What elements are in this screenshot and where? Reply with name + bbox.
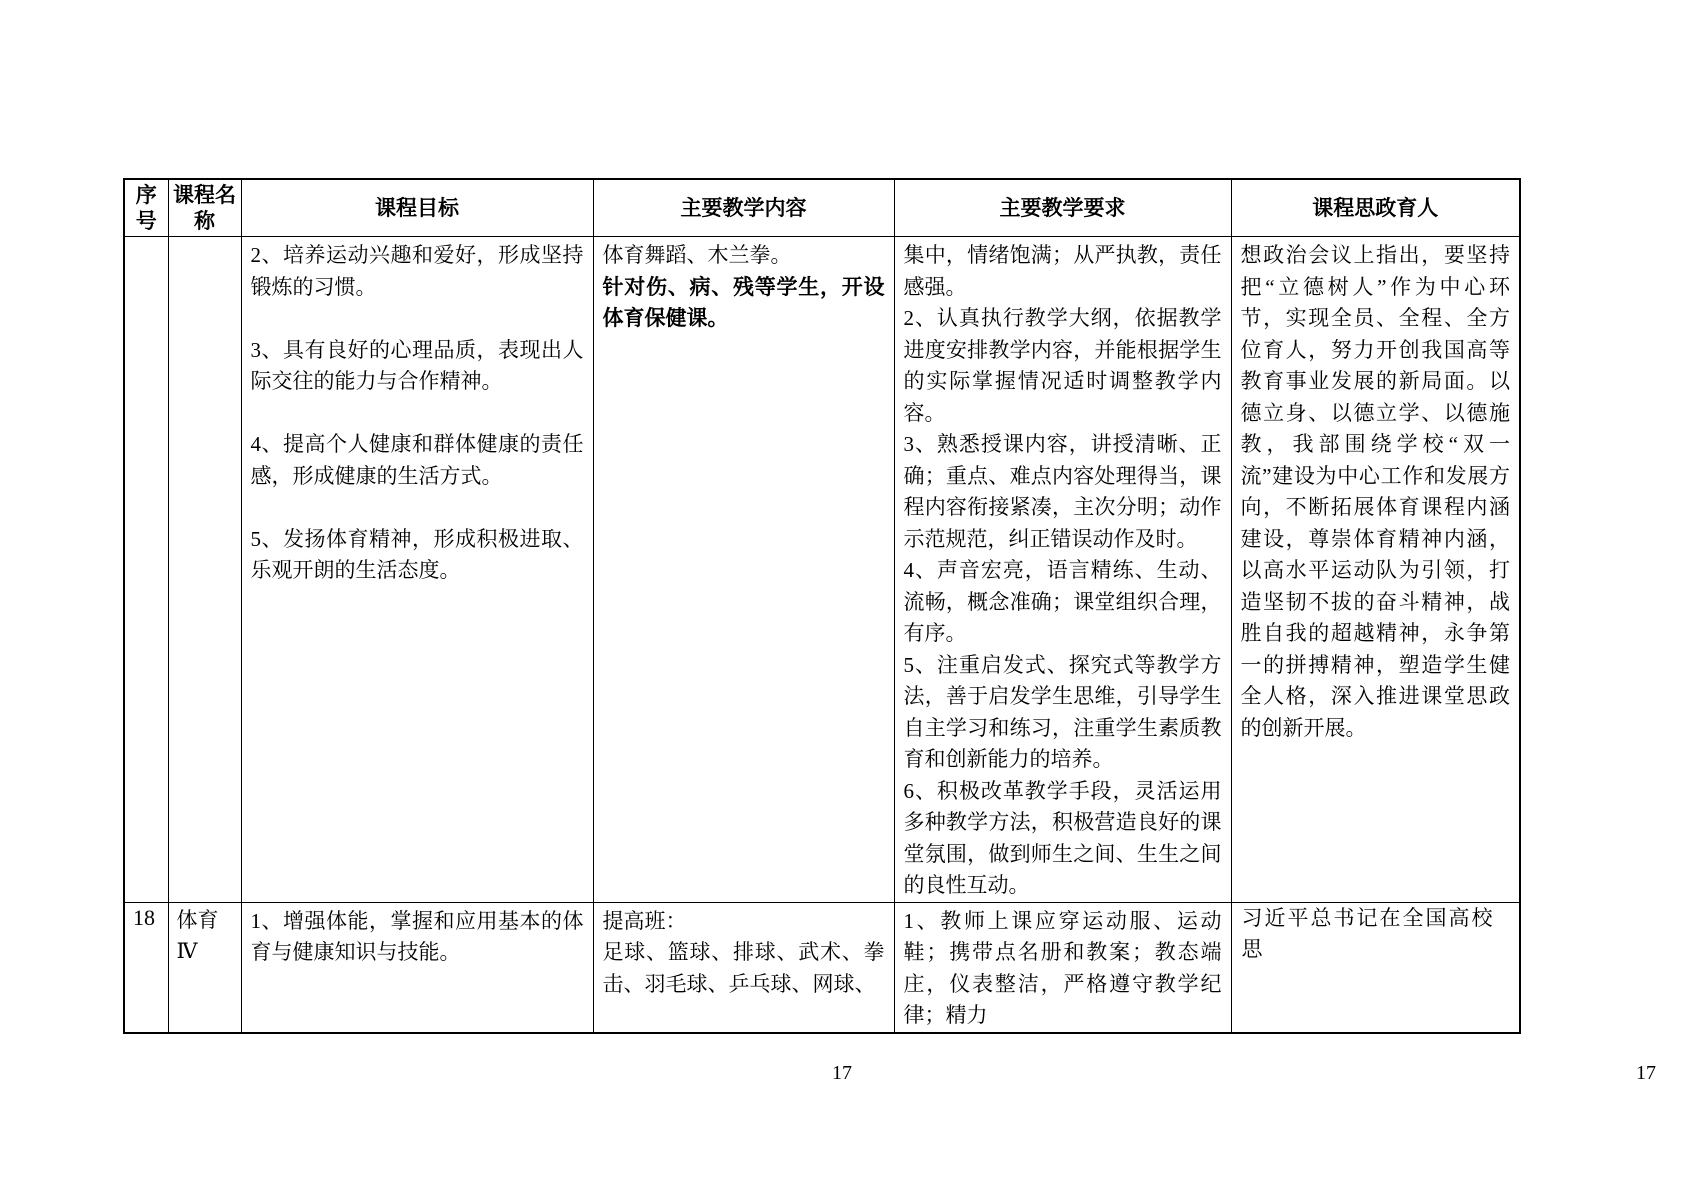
- cell-ideology-18: 习近平总书记在全国高校思: [1231, 902, 1520, 1033]
- header-objectives: 课程目标: [241, 179, 593, 237]
- header-teaching-requirements: 主要教学要求: [894, 179, 1231, 237]
- header-ideology: 课程思政育人: [1231, 179, 1520, 237]
- course-syllabus-table: 序号 课程名称 课程目标 主要教学内容 主要教学要求 课程思政育人 2、培养运动…: [123, 178, 1521, 1034]
- objectives-text-18: 1、增强体能，掌握和应用基本的体育与健康知识与技能。: [242, 903, 593, 969]
- cell-course-name-empty: [168, 237, 241, 903]
- cell-seq-empty: [124, 237, 168, 903]
- table-row-18: 18 体育 Ⅳ 1、增强体能，掌握和应用基本的体育与健康知识与技能。 提高班： …: [124, 902, 1520, 1033]
- document-page: 序号 课程名称 课程目标 主要教学内容 主要教学要求 课程思政育人 2、培养运动…: [0, 0, 1684, 1191]
- table-row-continued: 2、培养运动兴趣和爱好，形成坚持锻炼的习惯。 3、具有良好的心理品质，表现出人际…: [124, 237, 1520, 903]
- cell-teaching-content: 体育舞蹈、木兰拳。 针对伤、病、残等学生，开设体育保健课。: [593, 237, 894, 903]
- teaching-requirements-text-18: 1、教师上课应穿运动服、运动鞋；携带点名册和教案；教态端庄，仪表整洁，严格遵守教…: [895, 903, 1231, 1032]
- teaching-requirements-text: 集中，情绪饱满；从严执教，责任感强。 2、认真执行教学大纲，依据教学进度安排教学…: [895, 237, 1231, 902]
- course-name-text: 体育 Ⅳ: [169, 903, 241, 969]
- cell-teaching-requirements-18: 1、教师上课应穿运动服、运动鞋；携带点名册和教案；教态端庄，仪表整洁，严格遵守教…: [894, 902, 1231, 1033]
- ideology-text-18: 习近平总书记在全国高校思: [1232, 903, 1520, 974]
- header-seq-label: 序号: [125, 180, 168, 236]
- objectives-text: 2、培养运动兴趣和爱好，形成坚持锻炼的习惯。 3、具有良好的心理品质，表现出人际…: [242, 237, 593, 587]
- page-number-right: 17: [1636, 1062, 1656, 1085]
- cell-ideology: 想政治会议上指出，要坚持把“立德树人”作为中心环节，实现全员、全程、全方位育人，…: [1231, 237, 1520, 903]
- cell-objectives: 2、培养运动兴趣和爱好，形成坚持锻炼的习惯。 3、具有良好的心理品质，表现出人际…: [241, 237, 593, 903]
- cell-seq-18: 18: [124, 902, 168, 1033]
- header-teaching-content-label: 主要教学内容: [594, 193, 894, 223]
- seq-number: 18: [125, 903, 168, 933]
- table-header-row: 序号 课程名称 课程目标 主要教学内容 主要教学要求 课程思政育人: [124, 179, 1520, 237]
- cell-course-name-18: 体育 Ⅳ: [168, 902, 241, 1033]
- page-number-center: 17: [0, 1062, 1684, 1085]
- header-objectives-label: 课程目标: [242, 193, 593, 223]
- teaching-content-normal-text: 体育舞蹈、木兰拳。: [594, 237, 894, 272]
- header-course-name-label: 课程名称: [169, 180, 241, 236]
- header-teaching-content: 主要教学内容: [593, 179, 894, 237]
- header-ideology-label: 课程思政育人: [1232, 193, 1520, 223]
- cell-teaching-content-18: 提高班： 足球、篮球、排球、武术、拳击、羽毛球、乒乓球、网球、: [593, 902, 894, 1033]
- ideology-text: 想政治会议上指出，要坚持把“立德树人”作为中心环节，实现全员、全程、全方位育人，…: [1232, 237, 1520, 744]
- teaching-content-bold-text: 针对伤、病、残等学生，开设体育保健课。: [594, 272, 894, 335]
- header-course-name: 课程名称: [168, 179, 241, 237]
- header-seq: 序号: [124, 179, 168, 237]
- header-teaching-requirements-label: 主要教学要求: [895, 193, 1231, 223]
- cell-teaching-requirements: 集中，情绪饱满；从严执教，责任感强。 2、认真执行教学大纲，依据教学进度安排教学…: [894, 237, 1231, 903]
- teaching-content-text-18: 提高班： 足球、篮球、排球、武术、拳击、羽毛球、乒乓球、网球、: [594, 903, 894, 1001]
- cell-objectives-18: 1、增强体能，掌握和应用基本的体育与健康知识与技能。: [241, 902, 593, 1033]
